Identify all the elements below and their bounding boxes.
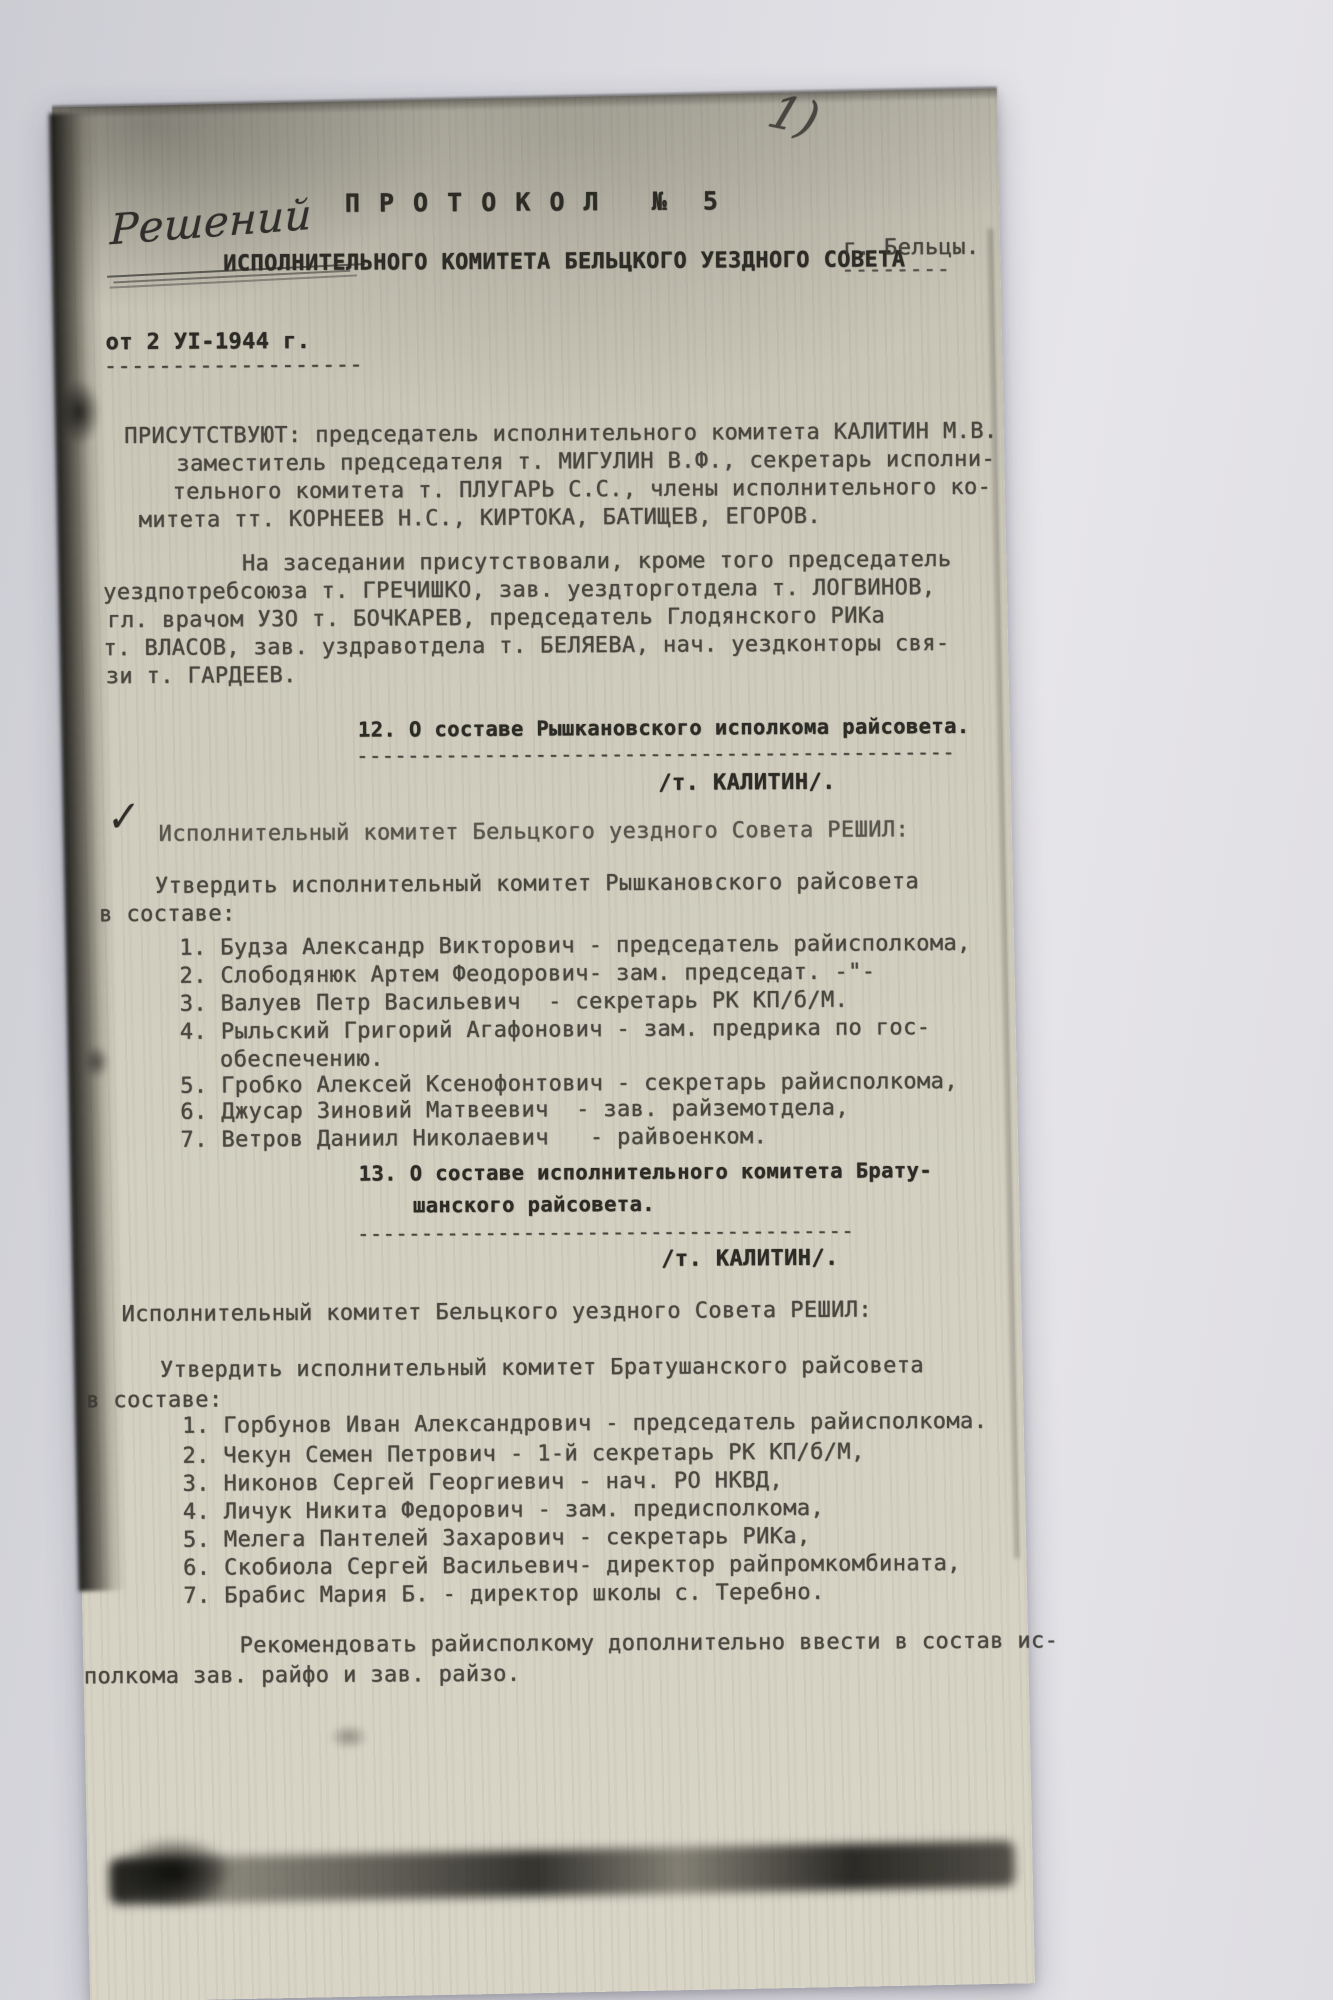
member-row: 6. Джусар Зиновий Матвеевич - зав. райзе…: [180, 1095, 849, 1127]
member-row-continuation: обеспечению.: [220, 1045, 384, 1074]
item13-reporter: /т. КАЛИТИН/.: [661, 1245, 839, 1274]
item13-heading-line2: шанского райсовета.: [413, 1190, 655, 1219]
protocol-title: П Р О Т О К О Л № 5: [345, 187, 720, 217]
member-row: 4. Личук Никита Федорович - зам. предисп…: [183, 1495, 824, 1527]
member-row: 1. Горбунов Иван Александрович - председ…: [182, 1408, 987, 1441]
photo-background: П Р О Т О К О Л № 5 1) Решений ИСПОЛНИТЕ…: [0, 0, 1333, 2000]
header-org-line: ИСПОЛНИТЕЛЬНОГО КОМИТЕТА БЕЛЬЦКОГО УЕЗДН…: [223, 246, 905, 278]
also-present-line: зи т. ГАРДЕЕВ.: [106, 662, 297, 691]
item12-underline: ----------------------------------------…: [356, 738, 955, 770]
item12-resolution: Исполнительный комитет Бельцкого уездног…: [159, 816, 910, 849]
also-present-line: На заседании присутствовали, кроме того …: [242, 546, 952, 578]
item13-resolution: Исполнительный комитет Бельцкого уездног…: [121, 1297, 872, 1330]
document-page: П Р О Т О К О Л № 5 1) Решений ИСПОЛНИТЕ…: [52, 89, 1035, 2000]
attendees-line: митета тт. КОРНЕЕВ Н.С., КИРТОКА, БАТИЩЕ…: [139, 503, 821, 535]
member-row: 6. Скобиола Сергей Васильевич- директор …: [183, 1550, 961, 1583]
member-row: 2. Чекун Семен Петрович - 1-й секретарь …: [182, 1439, 864, 1471]
item12-approve2: в составе:: [99, 900, 236, 929]
member-row: 3. Никонов Сергей Георгиевич - нач. РО Н…: [183, 1467, 784, 1499]
item13-approve2: в составе:: [86, 1386, 223, 1415]
place-underline: --------: [841, 256, 950, 285]
item13-approve: Утвердить исполнительный комитет Братуша…: [160, 1352, 924, 1385]
member-row: 7. Ветров Даниил Николаевич - райвоенком…: [180, 1123, 767, 1155]
item13-underline: ---------------------------------------: [357, 1217, 854, 1248]
also-present-line: т. ВЛАСОВ, зав. уздравотдела т. БЕЛЯЕВА,…: [103, 630, 949, 663]
member-row: 3. Валуев Петр Васильевич - секретарь РК…: [180, 987, 849, 1019]
handwritten-page-mark: 1): [766, 97, 823, 133]
date-underline: -------------------: [104, 352, 363, 382]
item12-approve: Утвердить исполнительный комитет Рышкано…: [155, 868, 919, 901]
handwritten-word: Решений: [110, 201, 313, 244]
typed-text-layer: П Р О Т О К О Л № 5 1) Решений ИСПОЛНИТЕ…: [54, 100, 1011, 2000]
attendees-line: тельного комитета т. ПЛУГАРЬ С.С., члены…: [172, 474, 991, 507]
handwritten-checkmark: ✓: [102, 800, 139, 833]
member-row: 7. Брабис Мария Б. - директор школы с. Т…: [183, 1579, 824, 1611]
item12-reporter: /т. КАЛИТИН/.: [658, 769, 836, 798]
recommendation-line: Рекомендовать райисполкому дополнительно…: [240, 1627, 1059, 1660]
member-row: 5. Мелега Пантелей Захарович - секретарь…: [183, 1523, 811, 1555]
item13-heading-line1: 13. О составе исполнительного комитета Б…: [359, 1156, 933, 1188]
recommendation-line: полкома зав. райфо и зав. райзо.: [84, 1661, 521, 1692]
member-row: 2. Слободянюк Артем Феодорович- зам. пре…: [179, 958, 875, 990]
member-row: 4. Рыльский Григорий Агафонович - зам. п…: [180, 1014, 931, 1047]
